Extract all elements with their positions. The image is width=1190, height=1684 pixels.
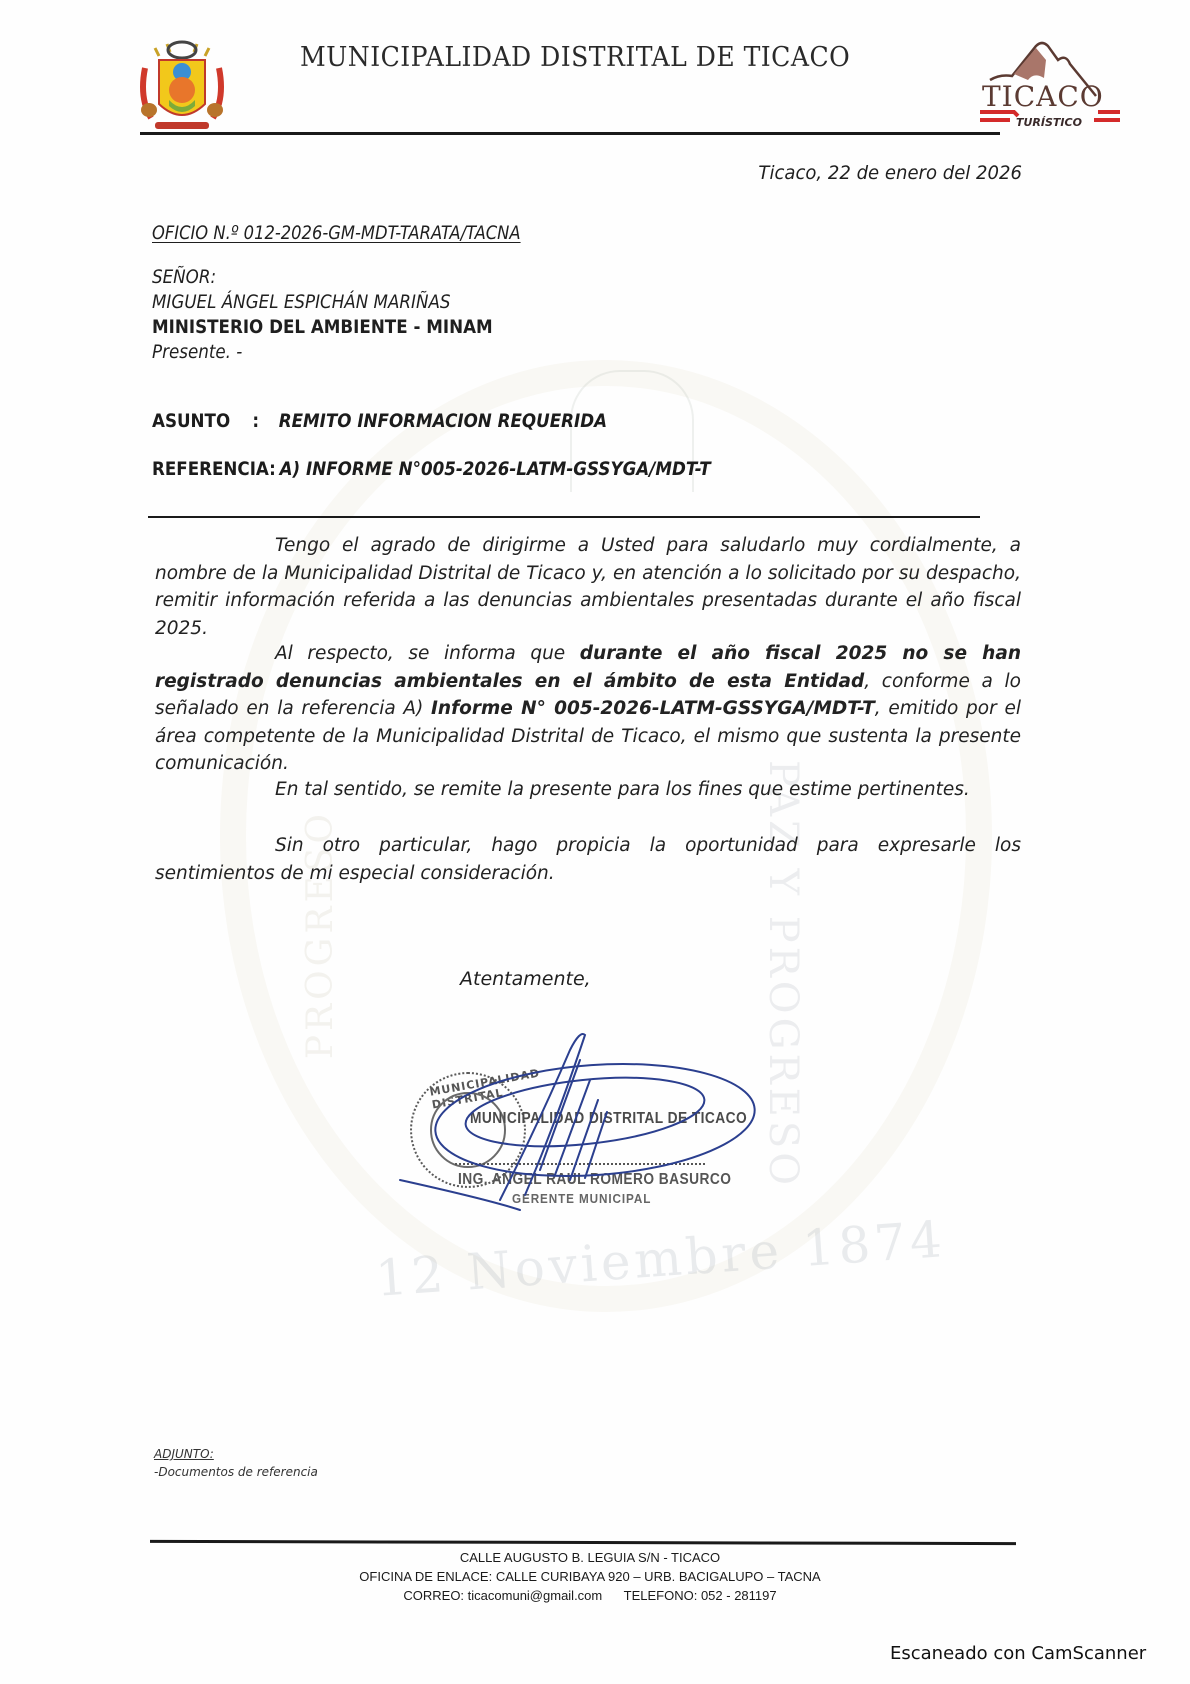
email-address: ticacomuni@gmail.com	[468, 1588, 603, 1603]
svg-text:TICACO: TICACO	[982, 80, 1104, 113]
attachment-item: -Documentos de referencia	[154, 1463, 318, 1481]
addressee-organization: MINISTERIO DEL AMBIENTE - MINAM	[152, 315, 493, 340]
footer-contact-line: CORREO: ticacomuni@gmail.com TELEFONO: 0…	[300, 1586, 880, 1605]
paragraph-4-text: Sin otro particular, hago propicia la op…	[155, 835, 1021, 884]
watermark-motto: PAZ Y PROGRESO	[760, 760, 806, 1189]
municipality-name: MUNICIPALIDAD DISTRITAL DE TICACO	[300, 42, 850, 73]
addressee-salutation: SEÑOR:	[152, 265, 493, 290]
svg-text:TURÍSTICO: TURÍSTICO	[1016, 116, 1082, 129]
addressee-block: SEÑOR: MIGUEL ÁNGEL ESPICHÁN MARIÑAS MIN…	[152, 265, 493, 365]
handwritten-signature-icon	[380, 1020, 760, 1220]
closing-salutation: Atentamente,	[460, 966, 591, 993]
ticaco-turistico-logo-icon: TICACO TURÍSTICO	[970, 32, 1126, 134]
footer-address: CALLE AUGUSTO B. LEGUIA S/N - TICACO	[300, 1548, 880, 1567]
phone-label: TELEFONO:	[624, 1588, 698, 1603]
addressee-name: MIGUEL ÁNGEL ESPICHÁN MARIÑAS	[152, 290, 493, 315]
header-divider	[140, 132, 1000, 135]
footer-contact: CALLE AUGUSTO B. LEGUIA S/N - TICACO OFI…	[300, 1548, 880, 1605]
scanner-watermark: Escaneado con CamScanner	[890, 1643, 1146, 1664]
document-date: Ticaco, 22 de enero del 2026	[716, 160, 1022, 187]
document-page: PAZ Y PROGRESO PROGRESO 12 Noviembre 187…	[0, 0, 1190, 1684]
subject-separator: :	[252, 410, 278, 432]
municipal-crest-icon	[137, 38, 227, 134]
phone-number: 052 - 281197	[701, 1588, 777, 1603]
email-label: CORREO:	[403, 1588, 464, 1603]
body-paragraph-1: Tengo el agrado de dirigirme a Usted par…	[155, 532, 1021, 642]
subject-row: ASUNTO:REMITO INFORMACION REQUERIDA	[152, 410, 607, 432]
paragraph-2-intro: Al respecto, se informa que	[275, 643, 580, 664]
reference-row: REFERENCIA:A) INFORME N°005-2026-LATM-GS…	[152, 458, 711, 480]
reference-label: REFERENCIA:	[152, 458, 280, 480]
attachments-label: ADJUNTO:	[154, 1445, 318, 1463]
paragraph-3-text: En tal sentido, se remite la presente pa…	[275, 779, 970, 800]
attachments-block: ADJUNTO: -Documentos de referencia	[154, 1445, 318, 1481]
body-paragraph-2: Al respecto, se informa que durante el a…	[155, 640, 1021, 778]
footer-liaison-office: OFICINA DE ENLACE: CALLE CURIBAYA 920 – …	[300, 1567, 880, 1586]
body-divider	[148, 516, 980, 518]
watermark-founding-date: 12 Noviembre 1874	[374, 1210, 948, 1308]
paragraph-1-text: Tengo el agrado de dirigirme a Usted par…	[155, 535, 1021, 639]
subject-value: REMITO INFORMACION REQUERIDA	[279, 410, 607, 432]
body-paragraph-4: Sin otro particular, hago propicia la op…	[155, 832, 1021, 887]
subject-label: ASUNTO	[152, 410, 252, 432]
footer-divider	[150, 1540, 1016, 1545]
document-number: OFICIO N.º 012-2026-GM-MDT-TARATA/TACNA	[152, 220, 521, 247]
body-paragraph-3: En tal sentido, se remite la presente pa…	[155, 776, 1021, 804]
addressee-presente: Presente. -	[152, 340, 493, 365]
paragraph-2-reference: Informe N° 005-2026-LATM-GSSYGA/MDT-T	[431, 698, 875, 719]
reference-value: A) INFORME N°005-2026-LATM-GSSYGA/MDT-T	[280, 458, 711, 480]
